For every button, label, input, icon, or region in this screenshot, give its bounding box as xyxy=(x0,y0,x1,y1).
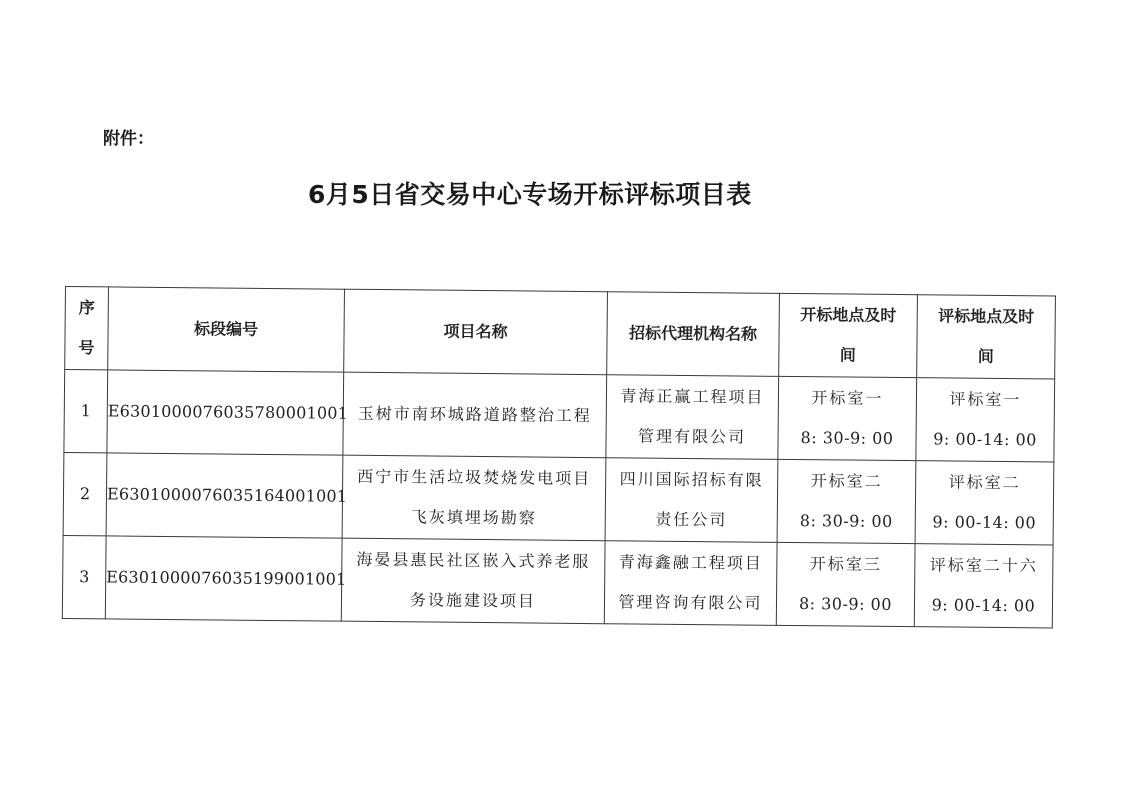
opening-cell: 开标室三 8: 30-9: 00 xyxy=(776,542,915,626)
project-name-cell: 玉树市南环城路道路整治工程 xyxy=(343,372,607,458)
table-row: 1 E6301000076035780001001 玉树市南环城路道路整治工程 … xyxy=(64,370,1055,462)
project-table-container: 序 号 标段编号 项目名称 招标代理机构名称 开标地点及时 间 评标地点及时 间… xyxy=(62,286,1056,628)
evaluation-time: 9: 00-14: 00 xyxy=(916,419,1053,460)
seq-cell: 3 xyxy=(62,535,106,618)
evaluation-cell: 评标室二十六 9: 00-14: 00 xyxy=(914,544,1053,628)
header-seq-line1: 序 xyxy=(66,288,108,328)
header-project-name: 项目名称 xyxy=(344,289,608,375)
header-agency: 招标代理机构名称 xyxy=(607,292,780,377)
agency-line: 青海正赢工程项目 xyxy=(607,376,778,418)
project-name-line: 西宁市生活垃圾焚烧发电项目 xyxy=(343,457,605,500)
agency-line: 青海鑫融工程项目 xyxy=(605,542,776,584)
opening-room: 开标室一 xyxy=(779,378,916,419)
project-name-line: 飞灰填埋场勘察 xyxy=(343,497,605,540)
project-name-cell: 海晏县惠民社区嵌入式养老服 务设施建设项目 xyxy=(341,538,605,624)
section-code-cell: E6301000076035164001001 xyxy=(106,453,343,538)
section-code-cell: E6301000076035780001001 xyxy=(107,370,344,455)
project-name-line: 海晏县惠民社区嵌入式养老服 xyxy=(342,540,604,583)
evaluation-cell: 评标室二 9: 00-14: 00 xyxy=(915,461,1054,545)
opening-time: 8: 30-9: 00 xyxy=(778,501,915,542)
evaluation-room: 评标室一 xyxy=(917,379,1054,420)
agency-cell: 青海鑫融工程项目 管理咨询有限公司 xyxy=(604,541,777,626)
opening-room: 开标室二 xyxy=(778,461,915,502)
project-table: 序 号 标段编号 项目名称 招标代理机构名称 开标地点及时 间 评标地点及时 间… xyxy=(62,286,1056,628)
agency-cell: 青海正赢工程项目 管理有限公司 xyxy=(606,375,779,460)
header-opening-line2: 间 xyxy=(779,335,916,376)
header-evaluation: 评标地点及时 间 xyxy=(917,295,1056,379)
evaluation-room: 评标室二 xyxy=(916,462,1053,503)
seq-cell: 1 xyxy=(64,370,108,453)
opening-cell: 开标室二 8: 30-9: 00 xyxy=(777,459,916,543)
header-seq: 序 号 xyxy=(65,287,109,370)
project-name-line: 务设施建设项目 xyxy=(342,580,604,623)
agency-cell: 四川国际招标有限 责任公司 xyxy=(605,458,778,543)
attachment-label: 附件： xyxy=(103,124,154,149)
header-opening: 开标地点及时 间 xyxy=(779,293,918,377)
agency-line: 管理咨询有限公司 xyxy=(605,582,776,624)
agency-line: 管理有限公司 xyxy=(606,416,777,458)
evaluation-time: 9: 00-14: 00 xyxy=(915,585,1052,626)
table-row: 2 E6301000076035164001001 西宁市生活垃圾焚烧发电项目 … xyxy=(63,452,1054,544)
evaluation-time: 9: 00-14: 00 xyxy=(916,502,1053,543)
project-name-line: 玉树市南环城路道路整治工程 xyxy=(344,394,606,437)
opening-room: 开标室三 xyxy=(777,544,914,585)
opening-cell: 开标室一 8: 30-9: 00 xyxy=(778,376,917,460)
header-evaluation-line1: 评标地点及时 xyxy=(918,296,1055,337)
opening-time: 8: 30-9: 00 xyxy=(777,584,914,625)
seq-cell: 2 xyxy=(63,452,107,535)
agency-line: 责任公司 xyxy=(606,499,777,541)
evaluation-cell: 评标室一 9: 00-14: 00 xyxy=(916,378,1055,462)
table-header-row: 序 号 标段编号 项目名称 招标代理机构名称 开标地点及时 间 评标地点及时 间 xyxy=(65,287,1056,379)
document-title: 6月5日省交易中心专场开标评标项目表 xyxy=(308,175,752,211)
evaluation-room: 评标室二十六 xyxy=(915,545,1052,586)
header-opening-line1: 开标地点及时 xyxy=(780,295,917,336)
header-seq-line2: 号 xyxy=(65,328,107,368)
header-evaluation-line2: 间 xyxy=(917,336,1054,377)
opening-time: 8: 30-9: 00 xyxy=(778,418,915,459)
header-section-code: 标段编号 xyxy=(108,287,345,372)
table-row: 3 E6301000076035199001001 海晏县惠民社区嵌入式养老服 … xyxy=(62,535,1053,627)
section-code-cell: E6301000076035199001001 xyxy=(105,536,342,621)
project-name-cell: 西宁市生活垃圾焚烧发电项目 飞灰填埋场勘察 xyxy=(342,455,606,541)
agency-line: 四川国际招标有限 xyxy=(606,459,777,501)
